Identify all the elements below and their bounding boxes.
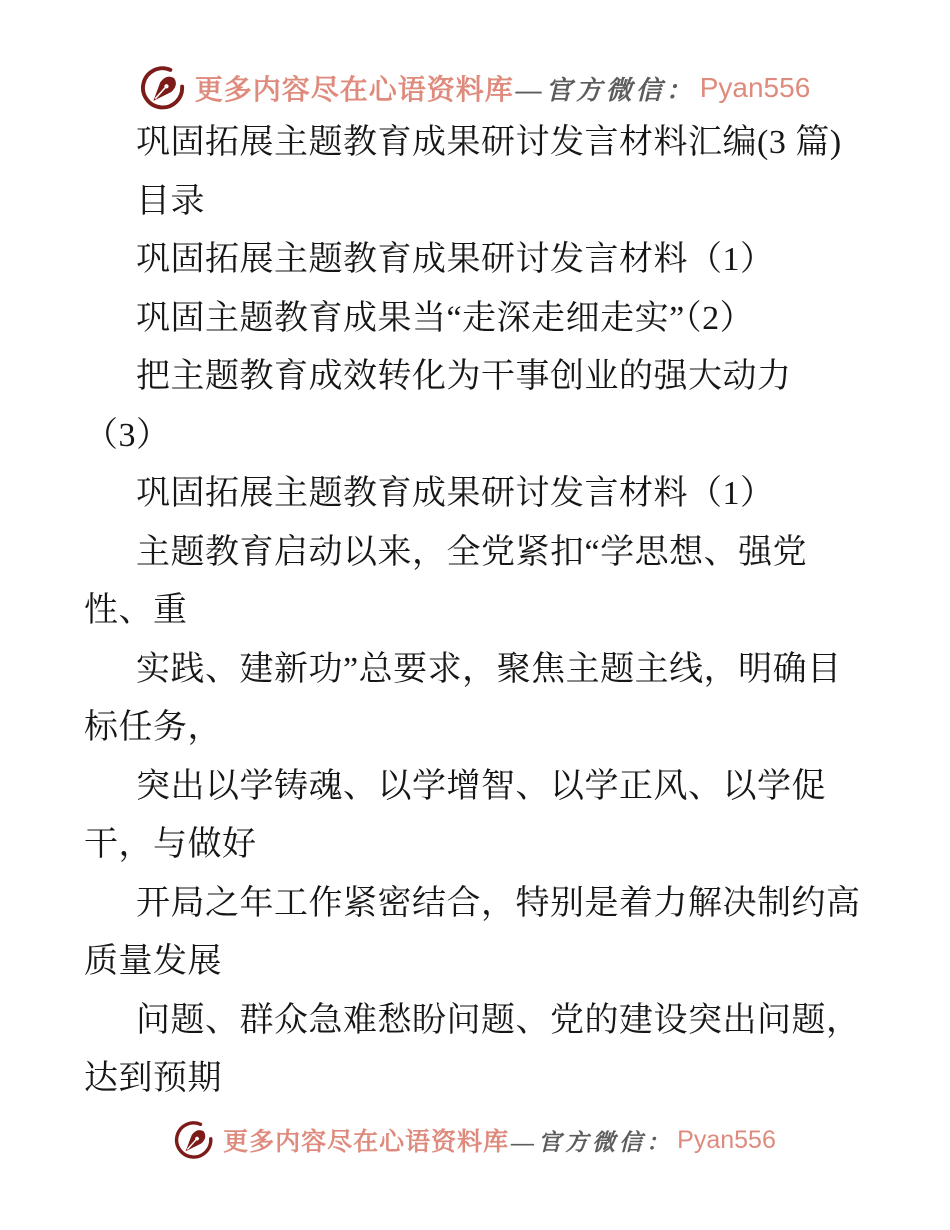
text-line: 问题、群众急难愁盼问题、党的建设突出问题， — [84, 992, 910, 1051]
text-line: 标任务， — [84, 699, 910, 758]
text-line: 性、重 — [84, 582, 910, 641]
text-line: 巩固拓展主题教育成果研讨发言材料（1） — [84, 231, 910, 290]
banner-wechat-label: —官方微信： — [516, 70, 696, 107]
text-line: 实践、建新功”总要求，聚焦主题主线，明确目 — [84, 641, 910, 700]
banner-slogan-text: 更多内容尽在心语资料库 — [195, 68, 514, 108]
header-banner: 更多内容尽在心语资料库—官方微信：Pyan556 — [0, 62, 950, 114]
text-line: 主题教育启动以来，全党紧扣“学思想、强党 — [84, 524, 910, 583]
document-body: 巩固拓展主题教育成果研讨发言材料汇编(3 篇)目录巩固拓展主题教育成果研讨发言材… — [84, 114, 910, 1109]
text-line: （3） — [84, 407, 910, 466]
text-line: 巩固拓展主题教育成果研讨发言材料汇编(3 篇) — [84, 114, 910, 173]
text-line: 达到预期 — [84, 1050, 910, 1109]
text-line: 干，与做好 — [84, 816, 910, 875]
text-line: 把主题教育成效转化为干事创业的强大动力 — [84, 348, 910, 407]
text-line: 目录 — [84, 173, 910, 232]
banner-wechat-id: Pyan556 — [700, 72, 811, 104]
text-line: 开局之年工作紧密结合，特别是着力解决制约高 — [84, 875, 910, 934]
text-line: 巩固拓展主题教育成果研讨发言材料（1） — [84, 465, 910, 524]
text-line: 质量发展 — [84, 933, 910, 992]
text-line: 巩固主题教育成果当“走深走细走实”（2） — [84, 290, 910, 349]
banner-wechat-label: —官方微信： — [511, 1124, 673, 1157]
pen-nib-circle-logo-icon — [140, 65, 187, 112]
text-line: 突出以学铸魂、以学增智、以学正风、以学促 — [84, 758, 910, 817]
document-page: 更多内容尽在心语资料库—官方微信：Pyan556 巩固拓展主题教育成果研讨发言材… — [0, 0, 950, 1230]
footer-banner: 更多内容尽在心语资料库—官方微信：Pyan556 — [0, 1116, 950, 1164]
pen-nib-circle-logo-icon — [174, 1120, 215, 1161]
banner-wechat-id: Pyan556 — [677, 1126, 776, 1155]
banner-slogan-text: 更多内容尽在心语资料库 — [223, 1122, 509, 1158]
